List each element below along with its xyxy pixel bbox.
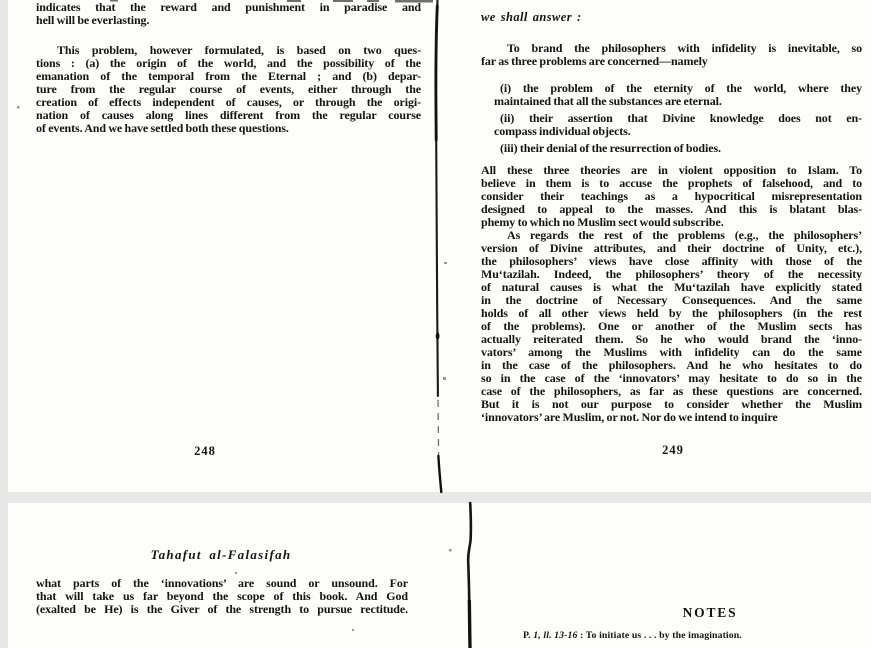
note-entry: P. 1, ll. 13-16 : To initiate us . . . b…	[523, 629, 863, 642]
text-line: (exalted be He) is the Giver of the stre…	[36, 603, 408, 616]
text-line: maintained that all the substances are e…	[494, 95, 862, 108]
note-line-ref: 1, ll. 13-16	[533, 630, 577, 641]
page249-paragraph-1: To brand the philosophers with infidelit…	[481, 42, 862, 68]
running-head-title: Tahafut al-Falasifah	[36, 548, 406, 561]
note-text: To initiate us . . . by the imagination.	[586, 630, 742, 641]
list-item-i: (i) the problem of the eternity of the w…	[481, 82, 862, 108]
page249-paragraph-3: As regards the rest of the problems (e.g…	[481, 229, 862, 424]
list-item-ii: (ii) their assertion that Divine knowled…	[481, 112, 862, 138]
page249-lead-in: we shall answer :	[481, 11, 701, 24]
text-line: ‘innovators’ are Muslim, or not. Nor do …	[481, 411, 862, 424]
page248-paragraph: This problem, however formulated, is bas…	[36, 44, 421, 135]
text-line: (iii) their denial of the resurrection o…	[494, 142, 862, 155]
page248-paragraph-continued: indicates that the reward and punishment…	[36, 1, 421, 27]
page249-paragraph-2: All these three theories are in violent …	[481, 164, 862, 229]
page-number-249: 249	[651, 444, 695, 457]
notes-heading: NOTES	[610, 606, 810, 619]
page249-numbered-list: (i) the problem of the eternity of the w…	[481, 82, 862, 155]
note-separator: :	[578, 630, 586, 641]
chapter-closing-paragraph: what parts of the ‘innovations’ are soun…	[36, 577, 408, 616]
note-page-ref: P.	[523, 630, 533, 641]
list-item-iii: (iii) their denial of the resurrection o…	[481, 142, 862, 155]
page-number-248: 248	[183, 445, 227, 458]
text-line: compass individual objects.	[494, 125, 862, 138]
text-line: of events. And we have settled both thes…	[36, 122, 421, 135]
text-line: hell will be everlasting.	[36, 14, 421, 27]
scanned-book-view: indicates that the reward and punishment…	[0, 0, 871, 648]
text-line: far as three problems are concerned—name…	[481, 55, 862, 68]
